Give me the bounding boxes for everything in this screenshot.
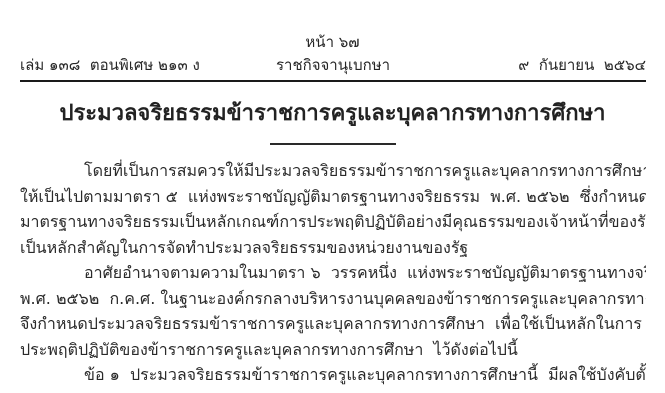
body-line: โดยที่เป็นการสมควรให้มีประมวลจริยธรรมข้า… <box>20 158 646 184</box>
body-line: พ.ศ. ๒๕๖๒ ก.ค.ศ. ในฐานะองค์กรกลางบริหารง… <box>20 286 646 312</box>
page-number-label: หน้า ๖๗ <box>0 32 665 52</box>
body-line: จึงกำหนดประมวลจริยธรรมข้าราชการครูและบุค… <box>20 311 646 337</box>
body-line: มาตรฐานทางจริยธรรมเป็นหลักเกณฑ์การประพฤต… <box>20 209 646 235</box>
body-line: ข้อ ๑ ประมวลจริยธรรมข้าราชการครูและบุคลา… <box>20 362 646 388</box>
body-line: ประพฤติปฏิบัติของข้าราชการครูและบุคลากรท… <box>20 337 646 363</box>
body-line: ให้เป็นไปตามมาตรา ๕ แห่งพระราชบัญญัติมาต… <box>20 184 646 210</box>
body-line: เป็นหลักสำคัญในการจัดทำประมวลจริยธรรมของ… <box>20 235 646 261</box>
title-divider <box>270 143 396 145</box>
volume-issue-label: เล่ม ๑๓๘ ตอนพิเศษ ๒๑๓ ง <box>20 54 200 76</box>
gazette-name: ราชกิจจานุเบกษา <box>276 54 390 76</box>
header-rule <box>20 80 646 82</box>
gazette-page: หน้า ๖๗ เล่ม ๑๓๘ ตอนพิเศษ ๒๑๓ ง ราชกิจจา… <box>0 0 665 393</box>
publication-date: ๙ กันยายน ๒๕๖๔ <box>518 54 646 76</box>
body-line: อาศัยอำนาจตามความในมาตรา ๖ วรรคหนึ่ง แห่… <box>20 260 646 286</box>
document-body: โดยที่เป็นการสมควรให้มีประมวลจริยธรรมข้า… <box>20 158 646 388</box>
document-title: ประมวลจริยธรรมข้าราชการครูและบุคลากรทางก… <box>0 99 665 129</box>
gazette-header-row: เล่ม ๑๓๘ ตอนพิเศษ ๒๑๓ ง ราชกิจจานุเบกษา … <box>20 54 646 76</box>
